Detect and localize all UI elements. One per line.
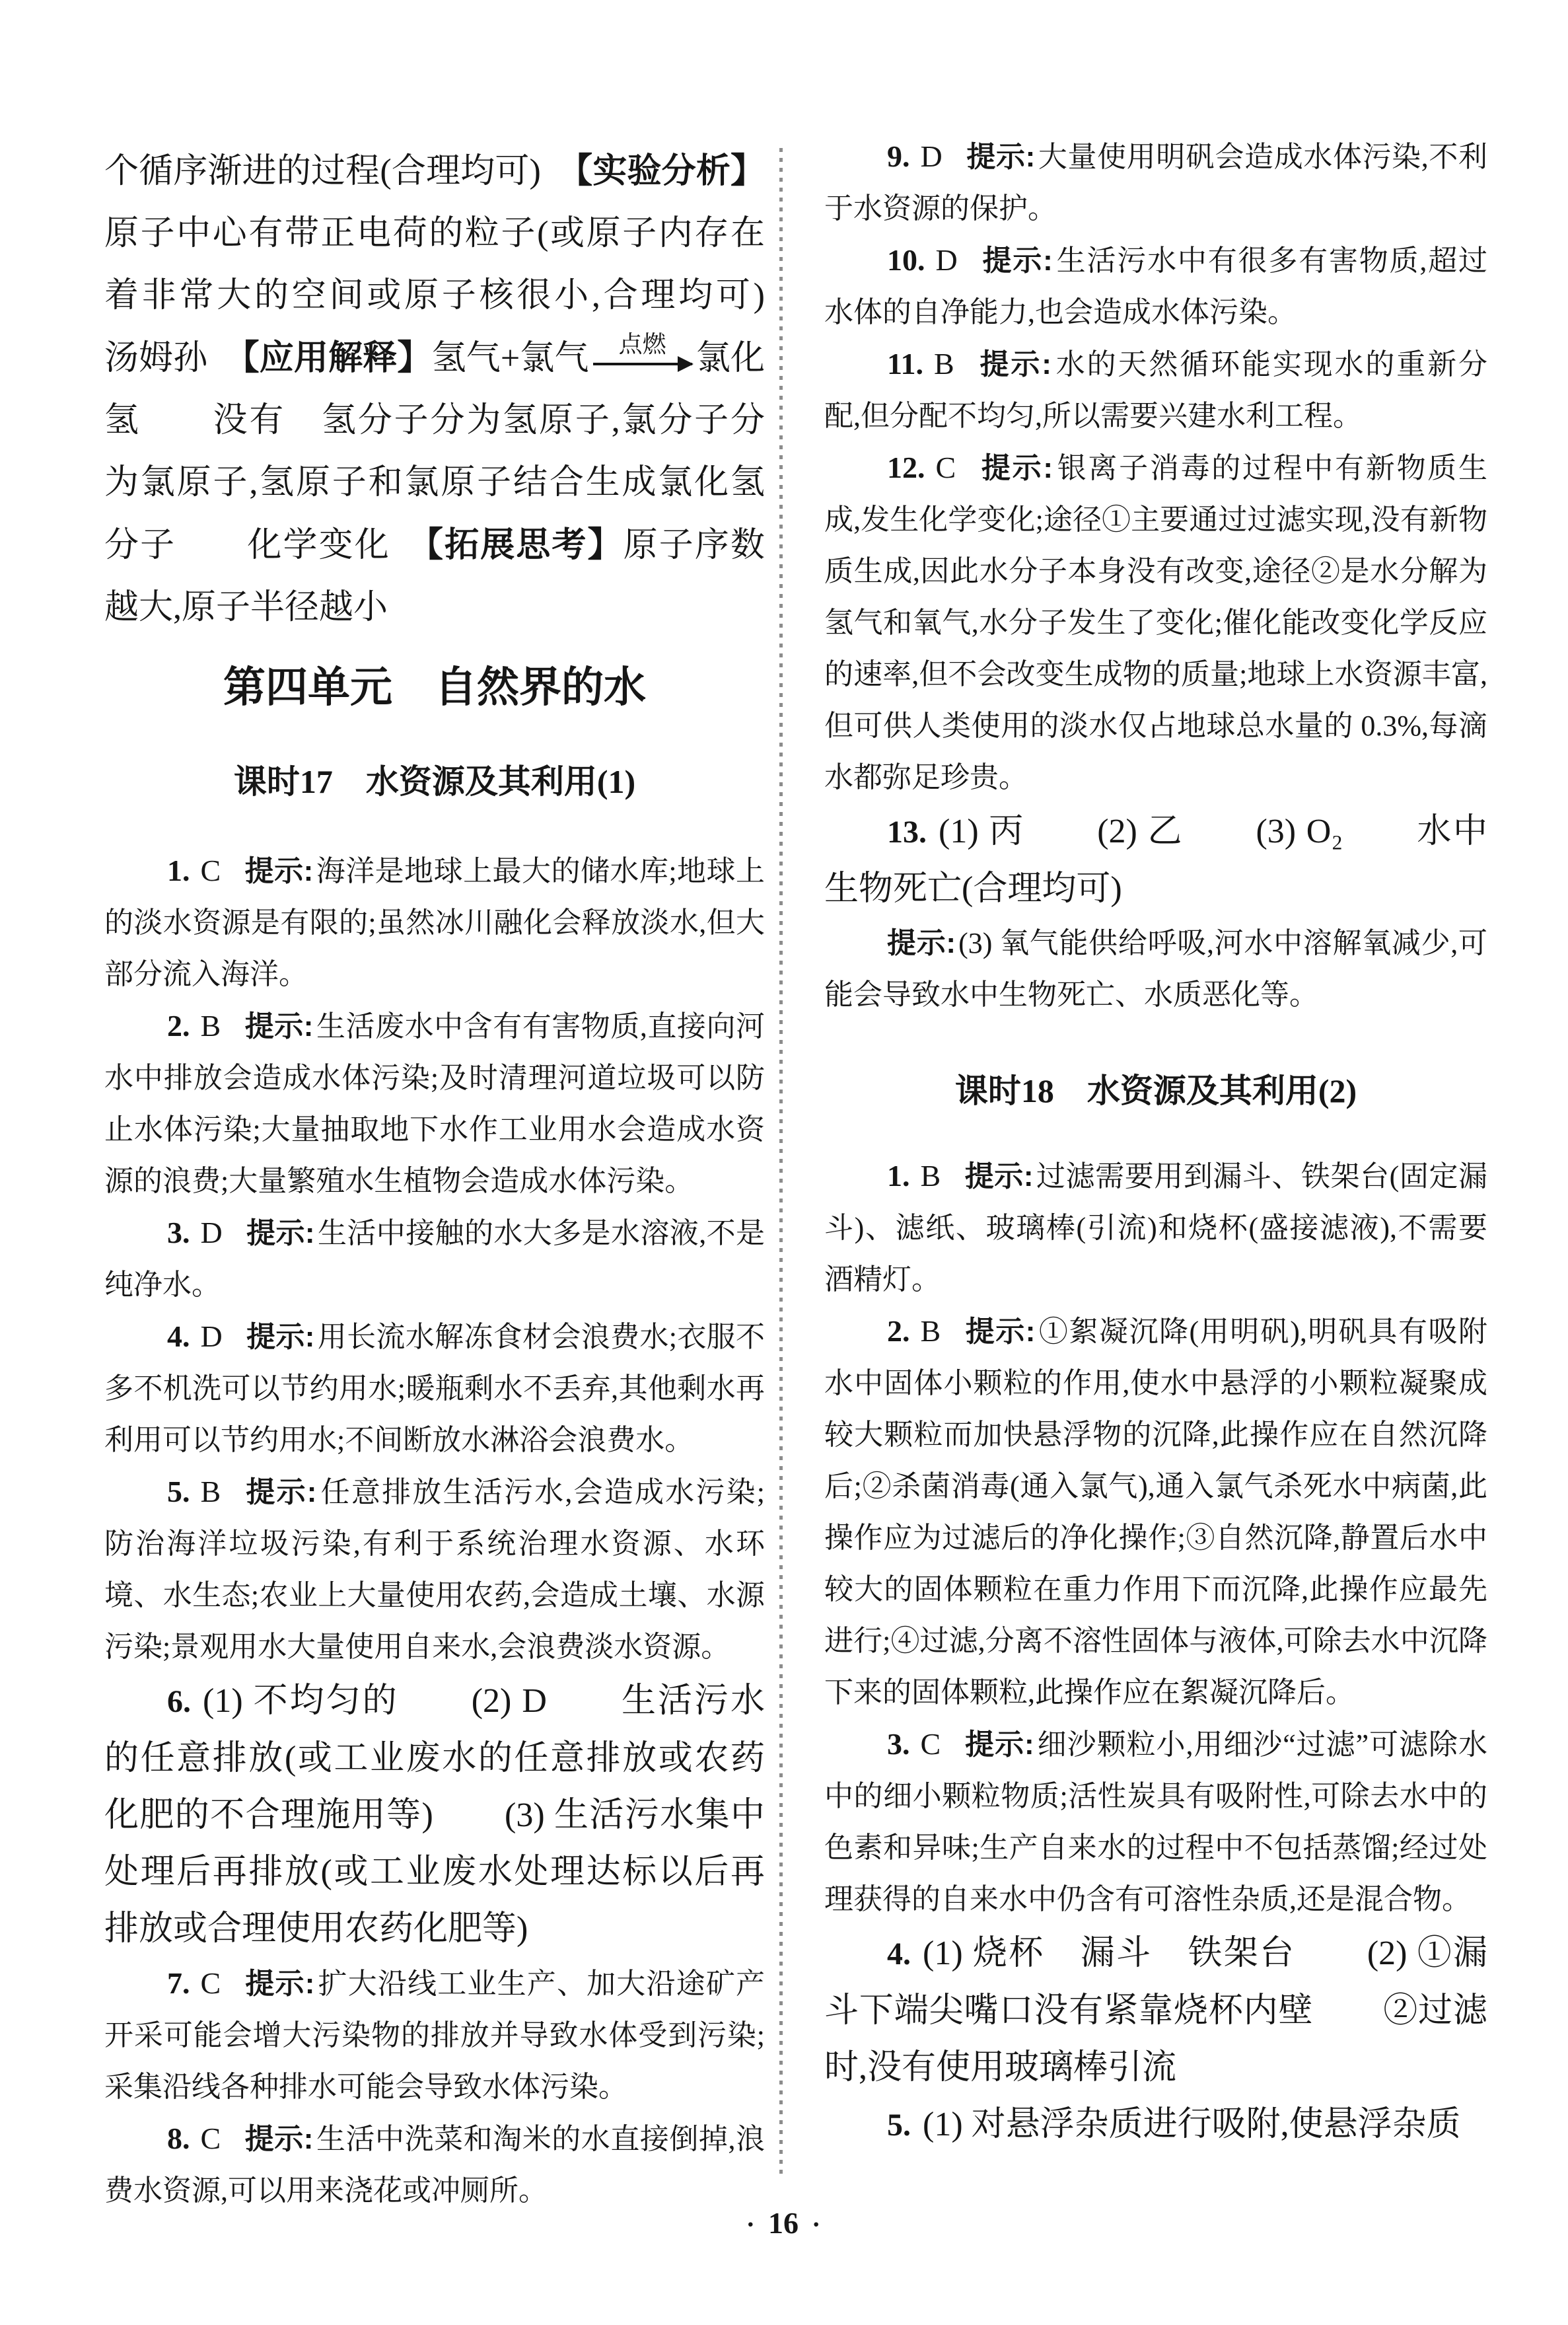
lesson-17-heading: 课时17 水资源及其利用(1) <box>104 755 765 803</box>
answer-book-page: 个循序渐进的过程(合理均可) 【实验分析】原子中心有带正电荷的粒子(或原子内存在… <box>0 0 1568 2325</box>
answer-item-8: 8.C提示:生活中洗菜和淘米的水直接倒掉,浪费水资源,可以用来浇花或冲厕所。 <box>104 2113 765 2217</box>
answer-number: 9. <box>887 139 910 173</box>
carryover-answer-paragraph: 个循序渐进的过程(合理均可) 【实验分析】原子中心有带正电荷的粒子(或原子内存在… <box>104 140 765 639</box>
hint-label: 提示: <box>964 1315 1035 1348</box>
answer-letter: B <box>201 1475 221 1508</box>
answer-number: 1. <box>887 1159 910 1193</box>
hint-label: 提示: <box>244 1010 313 1043</box>
hint-text: 银离子消毒的过程中有新物质生成,发生化学变化;途径①主要通过过滤实现,没有新物质… <box>824 452 1487 793</box>
right-arrow-icon <box>593 363 692 365</box>
answer-item-18-1: 1.B提示:过滤需要用到漏斗、铁架台(固定漏斗)、滤纸、玻璃棒(引流)和烧杯(盛… <box>824 1150 1487 1306</box>
answer-number: 5. <box>167 1475 190 1508</box>
answer-number: 12. <box>887 451 925 484</box>
page-number-right-dot: · <box>812 2209 820 2239</box>
experiment-analysis-tag: 【实验分析】 <box>575 152 765 190</box>
hint-text: 水的天然循环能实现水的重新分配,但分配不均匀,所以需要兴建水利工程。 <box>824 348 1487 432</box>
answer-letter: D <box>201 1216 223 1249</box>
answer-item-18-3: 3.C提示:细沙颗粒小,用细沙“过滤”可滤除水中的细小颗粒物质;活性炭具有吸附性… <box>824 1718 1487 1925</box>
answer-text: 个循序渐进的过程(合理均可) <box>104 153 575 190</box>
answer-item-10: 10.D提示:生活污水中有很多有害物质,超过水体的自净能力,也会造成水体污染。 <box>824 235 1487 338</box>
hint-label: 提示: <box>244 2123 313 2155</box>
answer-number: 4. <box>167 1319 190 1353</box>
answer-text: (1) 不均匀的 (2) D 生活污水的任意排放(或工业废水的任意排放或农药化肥… <box>104 1682 765 1948</box>
answer-number: 10. <box>887 243 925 277</box>
left-column: 个循序渐进的过程(合理均可) 【实验分析】原子中心有带正电荷的粒子(或原子内存在… <box>104 140 765 2217</box>
answer-number: 1. <box>167 854 190 887</box>
lesson-17-answers-left: 1.C提示:海洋是地球上最大的储水库;地球上的淡水资源是有限的;虽然冰川融化会释… <box>104 845 765 2217</box>
answer-letter: C <box>201 854 221 887</box>
extended-thinking-tag: 【拓展思考】 <box>426 526 624 564</box>
answer-item-18-4: 4.(1) 烧杯 漏斗 铁架台 (2) ①漏斗下端尖嘴口没有紧靠烧杯内壁 ②过滤… <box>824 1925 1487 2096</box>
answer-number: 2. <box>887 1314 910 1348</box>
answer-item-7: 7.C提示:扩大沿线工业生产、加大沿途矿产开采可能会增大污染物的排放并导致水体受… <box>104 1958 765 2113</box>
hint-label: 提示: <box>966 141 1036 173</box>
right-column: 9.D提示:大量使用明矾会造成水体污染,不利于水资源的保护。 10.D提示:生活… <box>824 131 1487 2154</box>
hint-label: 提示: <box>980 452 1053 484</box>
answer-item-5: 5.B提示:任意排放生活污水,会造成水污染;防治海洋垃圾污染,有利于系统治理水资… <box>104 1466 765 1673</box>
answer-item-9: 9.D提示:大量使用明矾会造成水体污染,不利于水资源的保护。 <box>824 131 1487 235</box>
answer-item-3: 3.D提示:生活中接触的水大多是水溶液,不是纯净水。 <box>104 1207 765 1311</box>
answer-item-1: 1.C提示:海洋是地球上最大的储水库;地球上的淡水资源是有限的;虽然冰川融化会释… <box>104 845 765 1000</box>
lesson-18-heading: 课时18 水资源及其利用(2) <box>824 1064 1487 1112</box>
hint-label: 提示: <box>246 1321 315 1353</box>
page-number: ·16· <box>733 2205 834 2240</box>
answer-letter: C <box>921 1727 941 1761</box>
page-number-left-dot: · <box>746 2209 755 2239</box>
answer-letter: B <box>201 1009 221 1043</box>
equation-reactants: 氢气+氯气 <box>432 340 589 377</box>
hint-label: 提示: <box>964 1160 1033 1193</box>
answer-item-11: 11.B提示:水的天然循环能实现水的重新分配,但分配不均匀,所以需要兴建水利工程… <box>824 338 1487 442</box>
answer-letter: B <box>921 1314 941 1348</box>
answer-number: 13. <box>887 815 927 850</box>
answer-letter: D <box>936 243 958 277</box>
page-number-value: 16 <box>768 2206 799 2240</box>
hint-label: 提示: <box>244 855 313 887</box>
answer-letter: D <box>921 139 943 173</box>
answer-letter: C <box>201 1966 221 2000</box>
answer-item-6: 6.(1) 不均匀的 (2) D 生活污水的任意排放(或工业废水的任意排放或农药… <box>104 1673 765 1958</box>
answer-number: 11. <box>887 347 923 381</box>
answer-number: 6. <box>167 1684 191 1719</box>
answer-item-18-5: 5.(1) 对悬浮杂质进行吸附,使悬浮杂质 <box>824 2096 1487 2154</box>
answer-letter: C <box>201 2122 221 2155</box>
hint-label: 提示: <box>964 1728 1034 1761</box>
answer-number: 4. <box>887 1937 911 1972</box>
answer-letter: B <box>921 1159 941 1193</box>
answer-text: (1) 对悬浮杂质进行吸附,使悬浮杂质 <box>923 2106 1461 2143</box>
chemical-equation-arrow: 点燃 <box>593 363 692 365</box>
answer-letter: D <box>201 1319 223 1353</box>
application-explain-tag: 【应用解释】 <box>242 339 432 377</box>
reaction-condition-label: 点燃 <box>619 332 666 356</box>
answer-text: (1) 烧杯 漏斗 铁架台 (2) ①漏斗下端尖嘴口没有紧靠烧杯内壁 ②过滤时,… <box>824 1935 1487 2086</box>
answer-letter: C <box>936 451 956 484</box>
answer-item-13: 13.(1) 丙 (2) 乙 (3) O₂ 水中生物死亡(合理均可) <box>824 803 1487 918</box>
hint-label: 提示: <box>978 348 1051 381</box>
hint-label: 提示: <box>244 1968 314 2000</box>
answer-letter: B <box>934 347 954 381</box>
answer-number: 7. <box>167 1966 190 2000</box>
hint-label: 提示: <box>887 927 956 959</box>
answer-13-hint: 提示:(3) 氧气能供给呼吸,河水中溶解氧减少,可能会导致水中生物死亡、水质恶化… <box>824 918 1487 1021</box>
answer-number: 8. <box>167 2122 190 2155</box>
column-divider-dotted-line <box>779 148 783 2174</box>
unit-heading: 第四单元 自然界的水 <box>104 653 765 714</box>
hint-label: 提示: <box>244 1476 316 1508</box>
answer-item-4: 4.D提示:用长流水解冻食材会浪费水;衣服不多不机洗可以节约用水;暖瓶剩水不丢弃… <box>104 1311 765 1466</box>
answer-item-18-2: 2.B提示:①絮凝沉降(用明矾),明矾具有吸附水中固体小颗粒的作用,使水中悬浮的… <box>824 1306 1487 1718</box>
answer-number: 3. <box>167 1216 190 1249</box>
hint-label: 提示: <box>981 244 1053 277</box>
answer-number: 3. <box>887 1727 910 1761</box>
answer-item-12: 12.C提示:银离子消毒的过程中有新物质生成,发生化学变化;途径①主要通过过滤实… <box>824 442 1487 803</box>
answer-number: 2. <box>167 1009 190 1043</box>
hint-label: 提示: <box>246 1217 315 1249</box>
answer-number: 5. <box>887 2108 911 2143</box>
answer-item-2: 2.B提示:生活废水中含有有害物质,直接向河水中排放会造成水体污染;及时清理河道… <box>104 1000 765 1207</box>
hint-text: ①絮凝沉降(用明矾),明矾具有吸附水中固体小颗粒的作用,使水中悬浮的小颗粒凝聚成… <box>824 1315 1487 1709</box>
